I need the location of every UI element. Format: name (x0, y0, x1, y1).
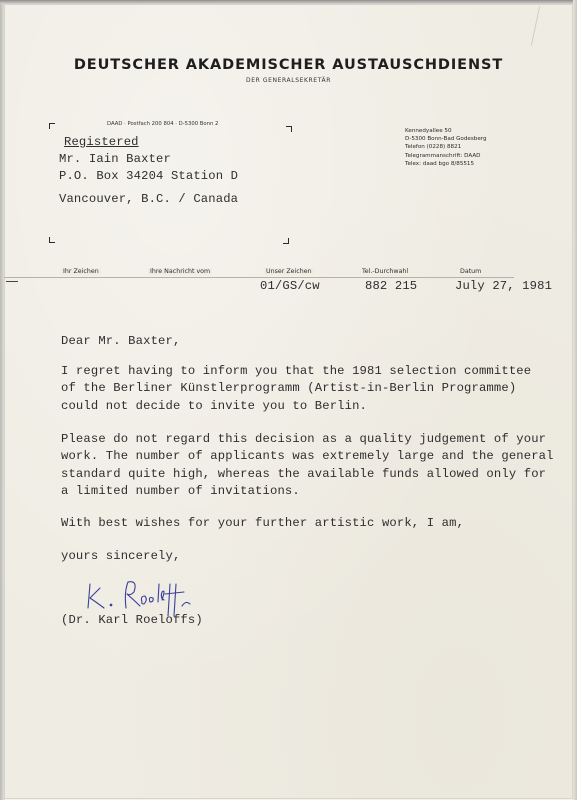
paragraph-2: Please do not regard this decision as a … (61, 431, 531, 500)
paragraph-3: With best wishes for your further artist… (61, 515, 531, 532)
address-window-corner-bottom-left (49, 237, 55, 243)
mail-type-registered: Registered (64, 135, 139, 149)
recipient-city: Vancouver, B.C. / Canada (59, 192, 238, 206)
recipient-po-box: P.O. Box 34204 Station D (59, 169, 238, 183)
contact-telegram: Telegrammanschrift: DAAD (405, 152, 487, 160)
organization-name: DEUTSCHER AKADEMISCHER AUSTAUSCHDIENST (0, 57, 577, 73)
label-tel-durchwahl: Tel.-Durchwahl (360, 268, 410, 275)
sender-return-address: DAAD · Postfach 200 804 · D-5300 Bonn 2 (107, 121, 218, 127)
contact-street: Kennedyallee 50 (405, 127, 487, 135)
signatory-name: (Dr. Karl Roeloffs) (61, 613, 203, 627)
contact-block: Kennedyallee 50 D-5300 Bonn-Bad Godesber… (405, 127, 487, 168)
label-datum: Datum (458, 268, 483, 275)
contact-phone: Telefon (0228) 8821 (405, 143, 487, 151)
label-ihre-nachricht-vom: Ihre Nachricht vom (148, 268, 212, 275)
value-tel-durchwahl: 882 215 (365, 279, 417, 293)
recipient-name: Mr. Iain Baxter (59, 152, 171, 166)
handwritten-signature (84, 578, 204, 618)
label-ihr-zeichen: Ihr Zeichen (61, 268, 101, 275)
fold-mark (6, 281, 18, 282)
scan-edge-right (573, 0, 577, 800)
contact-city: D-5300 Bonn-Bad Godesberg (405, 135, 487, 143)
label-unser-zeichen: Unser Zeichen (264, 268, 314, 275)
address-window-corner-top-right (286, 126, 292, 132)
salutation: Dear Mr. Baxter, (61, 333, 531, 350)
address-window-corner-bottom-right (283, 238, 289, 244)
paragraph-1: I regret having to inform you that the 1… (61, 363, 531, 415)
value-date: July 27, 1981 (455, 279, 552, 293)
department-name: DER GENERALSEKRETÄR (0, 77, 577, 84)
closing: yours sincerely, (61, 548, 531, 565)
address-window-corner-top-left (49, 123, 55, 129)
contact-telex: Telex: daad bgo 8/85515 (405, 160, 487, 168)
value-unser-zeichen: 01/GS/cw (260, 279, 320, 293)
reference-rule (4, 277, 514, 278)
